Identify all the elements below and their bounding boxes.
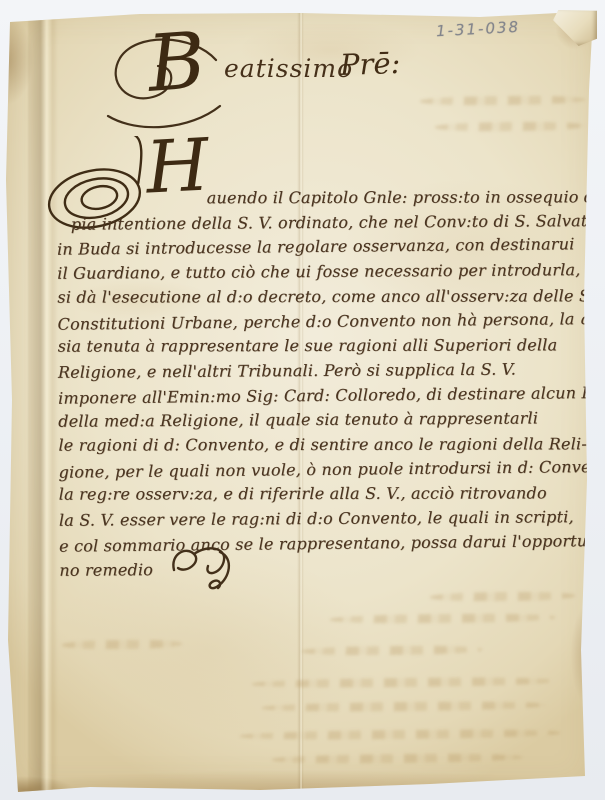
bleedthrough-line — [62, 639, 182, 649]
manuscript-line: si dà l'esecutione al d:o decreto, come … — [57, 284, 573, 310]
manuscript-line: sia tenuta à rappresentare le sue ragion… — [58, 334, 574, 360]
paper-sheet: 1-31-038 B eatissimo Prē: H auendo il Ca… — [0, 0, 605, 800]
manuscript-line: il Guardiano, e tutto ciò che ui fosse n… — [57, 258, 573, 286]
manuscript-line: Constitutioni Urbane, perche d:o Convent… — [57, 307, 573, 337]
manuscript-line: no remedio — [59, 555, 575, 583]
manuscript-line: della med:a Religione, il quale sia tenu… — [58, 407, 574, 435]
bleedthrough-line — [252, 676, 557, 688]
bleedthrough-line — [420, 95, 585, 106]
manuscript-scan: 1-31-038 B eatissimo Prē: H auendo il Ca… — [0, 0, 605, 800]
bleedthrough-line — [240, 728, 560, 740]
manuscript-line: la reg:re osserv:za, e di riferirle alla… — [59, 482, 575, 508]
title-initial-letter: B — [145, 22, 208, 104]
manuscript-line: e col sommario anco se le rappresentano,… — [59, 529, 575, 559]
bleedthrough-line — [430, 591, 575, 602]
manuscript-line: imponere all'Emin:mo Sig: Card: Collored… — [58, 381, 574, 411]
manuscript-line: le ragioni di d: Convento, e di sentire … — [58, 432, 574, 458]
catalog-number: 1-31-038 — [436, 18, 521, 40]
bleedthrough-line — [330, 613, 555, 624]
bleedthrough-line — [262, 701, 547, 713]
closing-paraph-icon — [168, 544, 248, 606]
bleedthrough-line — [435, 121, 585, 132]
title-text: eatissimo — [224, 54, 353, 83]
bleedthrough-line — [272, 753, 522, 765]
title-honorific: Prē: — [339, 46, 400, 82]
left-fold-crease — [28, 10, 58, 792]
manuscript-line: auendo il Capitolo Gnle: pross:to in oss… — [57, 185, 573, 211]
manuscript-body: auendo il Capitolo Gnle: pross:to in oss… — [57, 184, 576, 583]
bleedthrough-line — [302, 645, 482, 656]
